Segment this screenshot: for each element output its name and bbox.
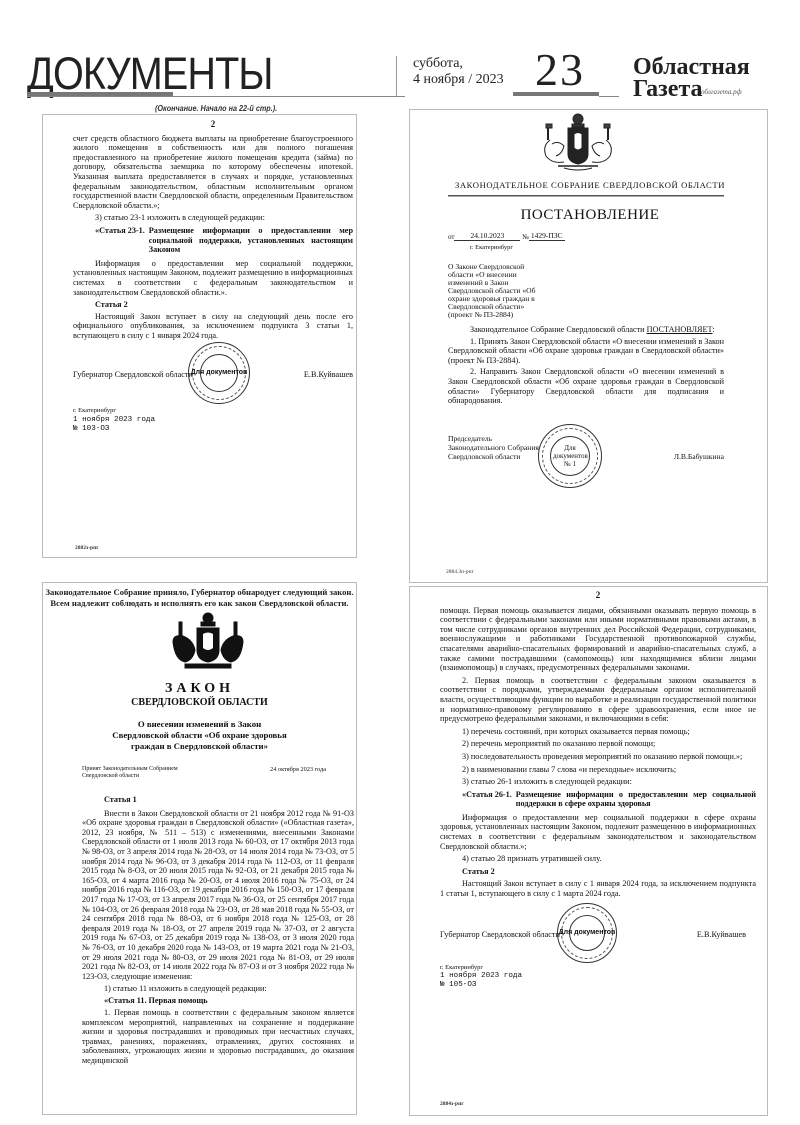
page-number-bar bbox=[513, 92, 599, 96]
adopted-date: 24 октября 2023 года bbox=[270, 766, 326, 773]
sign-date: 1 ноября 2023 года bbox=[73, 416, 353, 425]
list-item: 2) в наименовании главы 7 слова «и перех… bbox=[440, 765, 756, 775]
paragraph: Информация о предоставлении мер социальн… bbox=[73, 259, 353, 297]
signature-block: Председатель Законодательного Собрания С… bbox=[448, 434, 724, 461]
law-region: СВЕРДЛОВСКОЙ ОБЛАСТИ bbox=[43, 697, 356, 708]
coat-of-arms-icon bbox=[538, 110, 618, 172]
signature-row: Губернатор Свердловской области Е.В.Куйв… bbox=[440, 925, 756, 945]
header-rule bbox=[448, 195, 724, 197]
list-item: 3) статью 23-1 изложить в следующей реда… bbox=[73, 213, 353, 223]
section-title: ДОКУМЕНТЫ bbox=[27, 50, 273, 98]
resolves-line: Законодательное Собрание Свердловской об… bbox=[448, 325, 724, 335]
signer-name: Е.В.Куйвашев bbox=[697, 930, 746, 940]
signer-name: Е.В.Куйвашев bbox=[304, 370, 353, 380]
header-rule bbox=[27, 96, 405, 97]
law-number: № 105-ОЗ bbox=[440, 981, 756, 990]
seal-stamp-icon: Для документов № 1 bbox=[538, 424, 602, 488]
header-divider bbox=[396, 56, 397, 96]
paragraph: счет средств областного бюджета выплаты … bbox=[73, 134, 353, 211]
document-type: ПОСТАНОВЛЕНИЕ bbox=[440, 207, 740, 224]
document-scan-resolution: ЗАКОНОДАТЕЛЬНОЕ СОБРАНИЕ СВЕРДЛОВСКОЙ ОБ… bbox=[409, 109, 768, 583]
footer-code: 2884з-рпг bbox=[440, 1101, 464, 1107]
list-item: 3) последовательность проведения меропри… bbox=[440, 752, 756, 762]
newspaper-site: облгазета.рф bbox=[701, 88, 742, 96]
paragraph: Информация о предоставлении мер социальн… bbox=[440, 813, 756, 851]
list-item: 3) статью 26-1 изложить в следующей реда… bbox=[440, 777, 756, 787]
resolution-date: 24.10.2023 bbox=[454, 231, 520, 241]
organization-name: ЗАКОНОДАТЕЛЬНОЕ СОБРАНИЕ СВЕРДЛОВСКОЙ ОБ… bbox=[440, 180, 740, 190]
document-scan-law-103: 2 счет средств областного бюджета выплат… bbox=[42, 114, 357, 558]
adopted-by: Принят Законодательным Собранием Свердло… bbox=[82, 766, 178, 780]
law-subject: О внесении изменений в Закон Свердловско… bbox=[43, 719, 356, 752]
continuation-note: (Окончание. Начало на 22-й стр.). bbox=[155, 103, 277, 113]
paragraph: Настоящий Закон вступает в силу с 1 янва… bbox=[440, 879, 756, 898]
paragraph: 2. Первая помощь в соответствии с федера… bbox=[440, 676, 756, 724]
announcement: Законодательное Собрание приняло, Губерн… bbox=[43, 587, 356, 609]
list-item: 2. Направить Закон Свердловской области … bbox=[448, 367, 724, 405]
list-item: 1) перечень состояний, при которых оказы… bbox=[440, 727, 756, 737]
paragraph: Внести в Закон Свердловской области от 2… bbox=[82, 809, 354, 982]
law-number: № 103-ОЗ bbox=[73, 425, 353, 434]
signer-title: Губернатор Свердловской области bbox=[440, 930, 560, 940]
list-item: 2) перечень мероприятий по оказанию перв… bbox=[440, 739, 756, 749]
resolution-number: 1429-ПЗС bbox=[529, 231, 565, 241]
signer-title: Губернатор Свердловской области bbox=[73, 370, 193, 380]
law-heading: ЗАКОН bbox=[43, 681, 356, 697]
document-scan-law-105: 2 помощи. Первая помощь оказывается лица… bbox=[409, 586, 768, 1116]
newspaper-logo-line2: Газета bbox=[633, 77, 703, 101]
city: г. Екатеринбург bbox=[440, 963, 756, 973]
city: г. Екатеринбург bbox=[73, 406, 353, 416]
page-label: 2 bbox=[440, 591, 756, 601]
paragraph: 1. Первая помощь в соответствии с федера… bbox=[82, 1008, 354, 1066]
list-item: 4) статью 28 признать утратившей силу. bbox=[440, 854, 756, 864]
header-rule-short bbox=[599, 96, 619, 97]
article-heading: «Статья 11. Первая помощь bbox=[82, 996, 354, 1006]
seal-stamp-icon: Для документов bbox=[188, 342, 250, 404]
resolution-subject: О Законе Свердловской области «О внесени… bbox=[448, 263, 548, 319]
list-item: 1) статью 11 изложить в следующей редакц… bbox=[82, 984, 354, 994]
article-heading: Статья 1 bbox=[82, 795, 354, 805]
article-heading: Статья 2 bbox=[73, 300, 353, 310]
footer-code: 2884.3п-рпг bbox=[446, 569, 474, 575]
footer-code: 2882з-рпг bbox=[75, 545, 99, 551]
seal-stamp-icon: Для документов bbox=[557, 903, 617, 963]
signature-row: Губернатор Свердловской области Е.В.Куйв… bbox=[73, 364, 353, 384]
sign-date: 1 ноября 2023 года bbox=[440, 972, 756, 981]
reference-row: от 24.10.2023 № 1429-ПЗС bbox=[448, 231, 565, 241]
paragraph: помощи. Первая помощь оказывается лицами… bbox=[440, 606, 756, 673]
article-heading: «Статья 23-1. Размещение информации о пр… bbox=[95, 226, 353, 255]
list-item: 1. Принять Закон Свердловской области «О… bbox=[448, 337, 724, 366]
paragraph: Настоящий Закон вступает в силу на следу… bbox=[73, 312, 353, 341]
page-label: 2 bbox=[73, 120, 353, 130]
article-heading: Статья 2 bbox=[440, 867, 756, 877]
page-number: 23 bbox=[535, 46, 585, 94]
signer-name: Л.В.Бабушкина bbox=[674, 452, 724, 461]
issue-date: суббота, 4 ноября / 2023 bbox=[413, 56, 504, 88]
city: г. Екатеринбург bbox=[470, 244, 513, 251]
article-heading: «Статья 26-1. Размещение информации о пр… bbox=[462, 790, 756, 809]
document-scan-law-text: Законодательное Собрание приняло, Губерн… bbox=[42, 582, 357, 1115]
coat-of-arms-icon bbox=[167, 612, 249, 672]
